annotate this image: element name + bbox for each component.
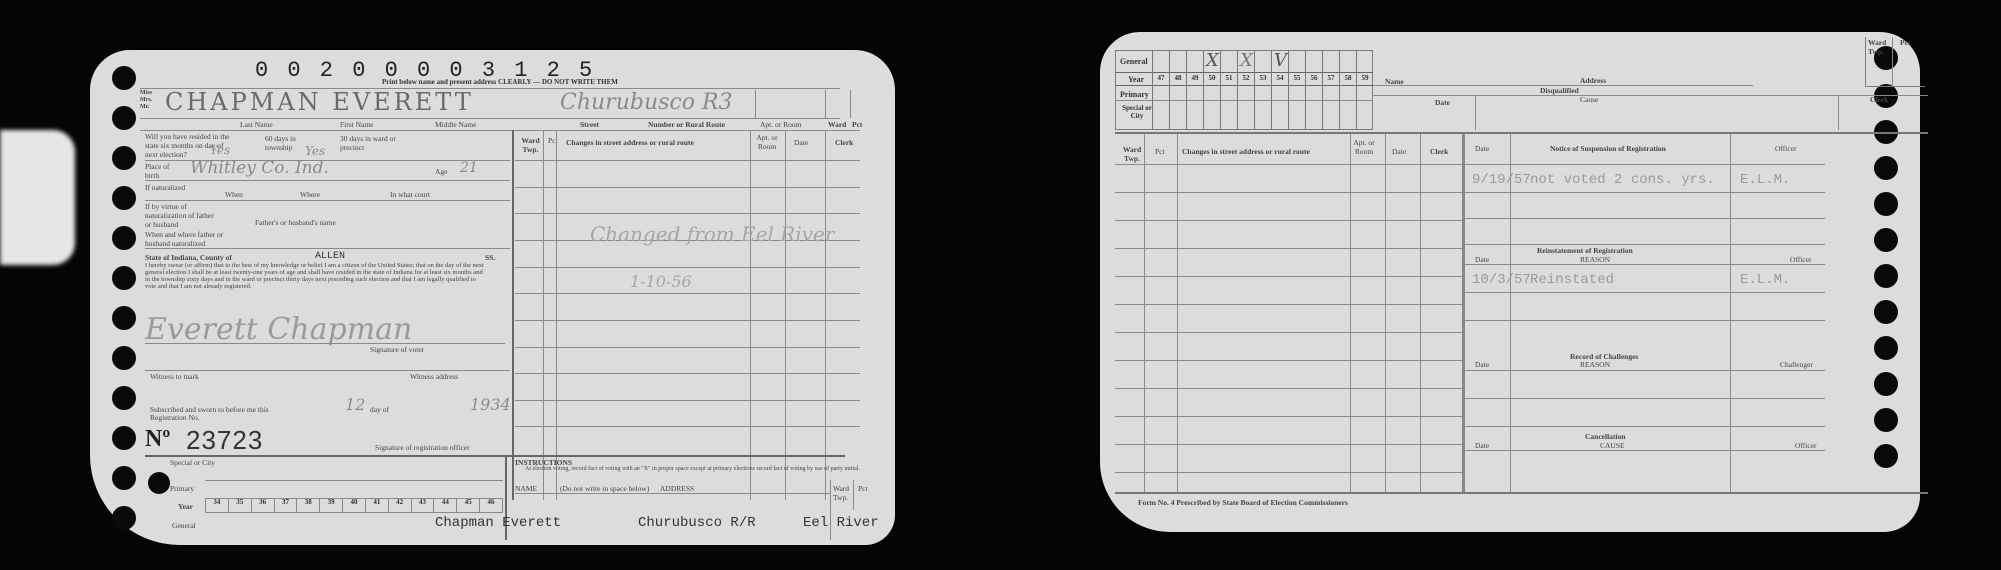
header-changes: Changes in street address or rural route (1182, 147, 1310, 156)
label-pct: Pct (852, 120, 862, 129)
cancellation-title: Cancellation (1585, 432, 1625, 441)
bottom-label-ward: Ward Twp. (833, 484, 851, 502)
voter-name-handwritten: CHAPMAN EVERETT (165, 88, 474, 116)
row-label-special: Special or City (170, 458, 200, 467)
cancellation-header-officer: Officer (1795, 441, 1817, 450)
registration-number: 23723 (186, 425, 263, 456)
scan-artifact (0, 130, 75, 265)
punch-hole (112, 266, 136, 290)
punch-hole (112, 226, 136, 250)
header-clerk: Clerk (1430, 147, 1448, 156)
typed-address: Churubusco R/R (638, 515, 756, 531)
header-pct: Pct (1155, 147, 1165, 156)
township-answer: Yes (305, 144, 325, 158)
punch-hole (1874, 192, 1898, 216)
registration-card-back: General Year Primary Special or City 47 … (1100, 32, 1920, 532)
row-label-general: General (1120, 57, 1148, 66)
bottom-label-name: NAME (515, 484, 537, 493)
disqualified-label: Disqualified (1540, 86, 1579, 95)
bottom-label-note: (Do not write in space below) (560, 484, 649, 493)
naturalized-label: If naturalized (145, 183, 185, 192)
header-ward-twp: Ward Twp. (518, 136, 543, 154)
subscribed-day: 12 (345, 395, 365, 414)
state-line: State of Indiana, County of (145, 253, 232, 262)
county-value: ALLEN (315, 251, 345, 262)
challenges-header-challenger: Challenger (1780, 360, 1813, 369)
cause-label: Cause (1580, 95, 1598, 104)
registration-label: Registration No. (150, 413, 200, 422)
clerk-label: Clerk (1870, 95, 1888, 104)
reinstatement-header-officer: Officer (1790, 255, 1812, 264)
cancellation-header-date: Date (1475, 441, 1489, 450)
subscribed-year: 1934 (470, 395, 511, 414)
voter-signature: Everett Chapman (145, 312, 412, 347)
punch-hole (112, 306, 136, 330)
punch-hole (1874, 336, 1898, 360)
cancellation-header-cause: CAUSE (1600, 441, 1625, 450)
suspension-header-title: Notice of Suspension of Registration (1550, 144, 1666, 153)
header-clerk: Clerk (835, 138, 853, 147)
label-street: Street (580, 120, 599, 129)
suspension-header-date: Date (1475, 144, 1489, 153)
row-label-year: Year (178, 502, 193, 511)
age-label: Age (435, 167, 448, 176)
bottom-label-pct: Pct (858, 484, 868, 493)
header-date: Date (794, 138, 808, 147)
virtue-label: If by virtue of naturalization of father… (145, 202, 215, 229)
punch-hole (112, 466, 136, 490)
label-apt: Apt. or Room (760, 120, 801, 129)
signature-label: Signature of voter (370, 345, 424, 354)
typed-ward: Eel River (803, 515, 879, 531)
challenges-header-date: Date (1475, 360, 1489, 369)
ward-days-label: 30 days in ward or precinct (340, 134, 410, 152)
punch-hole (148, 472, 170, 494)
header-ward-twp: Ward Twp. (1118, 145, 1146, 163)
reinstatement-title: Reinstatement of Registration (1537, 246, 1633, 255)
changes-entry: Changed from Eel River (590, 222, 834, 246)
vote-grid-back: 47 48 49 X50 51 X52 53 V54 55 56 57 58 5… (1152, 50, 1373, 130)
row-label-primary: Primary (1120, 90, 1149, 99)
punch-hole (1874, 408, 1898, 432)
suspension-officer: E.L.M. (1740, 172, 1790, 188)
where-label: Where (300, 190, 320, 199)
changes-entry-date: 1-10-56 (630, 272, 692, 291)
instructions-text: At election voting, record fact of votin… (525, 466, 865, 473)
row-label-special: Special or City (1122, 104, 1152, 120)
ss-label: SS. (485, 253, 495, 262)
punch-hole (112, 186, 136, 210)
punch-hole (1874, 372, 1898, 396)
punch-hole (1874, 264, 1898, 288)
punch-hole (112, 386, 136, 410)
ward-twp-label: Ward Twp. (1868, 38, 1888, 56)
header-instruction: Print below name and present address CLE… (380, 78, 620, 86)
typed-name: Chapman Everett (435, 515, 561, 531)
suspension-header-officer: Officer (1775, 144, 1797, 153)
pct-label: Pct (1900, 38, 1910, 47)
punch-hole (112, 146, 136, 170)
father-when-label: When and where father or husband natural… (145, 230, 235, 248)
registration-card-front: 0 0 2 0 0 0 0 3 1 2 5 Print below name a… (90, 50, 895, 545)
bottom-label-address: ADDRESS (660, 484, 694, 493)
witness-address-label: Witness address (410, 372, 458, 381)
reinstatement-officer: E.L.M. (1740, 272, 1790, 288)
punch-hole (1874, 156, 1898, 180)
oath-text: I hereby swear (or affirm) that to the b… (145, 262, 485, 290)
header-apt: Apt. or Room (1352, 138, 1376, 156)
punch-hole (112, 426, 136, 450)
when-label: When (225, 190, 243, 199)
punch-hole (1874, 228, 1898, 252)
form-footer: Form No. 4 Prescribed by State Board of … (1138, 498, 1348, 507)
birth-value: Whitley Co. Ind. (190, 158, 329, 178)
title-prefix: MissMrs.Mr. (140, 90, 152, 111)
suspension-text: not voted 2 cons. yrs. (1530, 172, 1715, 188)
row-label-primary: Primary (170, 484, 194, 493)
date-label: Date (1435, 98, 1450, 107)
row-label-year: Year (1128, 75, 1144, 84)
punch-hole (112, 506, 136, 530)
label-first-name: First Name (340, 120, 374, 129)
punch-hole (112, 106, 136, 130)
header-date: Date (1392, 147, 1406, 156)
label-number-route: Number or Rural Route (648, 120, 725, 129)
year-row-front: 34 35 36 37 38 39 40 41 42 43 44 45 46 (205, 498, 503, 512)
challenges-header-reason: REASON (1580, 360, 1610, 369)
day-of-label: day of (370, 405, 389, 414)
father-name-label: Father's or husband's name (255, 218, 336, 227)
reinstatement-header-reason: REASON (1580, 255, 1610, 264)
label-last-name: Last Name (240, 120, 273, 129)
reinstatement-header-date: Date (1475, 255, 1489, 264)
header-apt: Apt. or Room (755, 133, 779, 151)
punch-hole (112, 66, 136, 90)
header-changes: Changes in street address or rural route (566, 138, 694, 147)
suspension-date: 9/19/57 (1472, 172, 1531, 188)
punch-hole (1874, 300, 1898, 324)
number-prefix: Nº (145, 426, 170, 453)
reinstatement-date: 10/3/57 (1472, 272, 1531, 288)
witness-mark-label: Witness to mark (150, 372, 199, 381)
address-label: Address (1580, 76, 1606, 85)
reinstatement-text: Reinstated (1530, 272, 1614, 288)
punch-hole (1874, 444, 1898, 468)
street-handwritten: Churubusco R3 (560, 90, 733, 115)
punch-hole (112, 346, 136, 370)
officer-signature-label: Signature of registration officer (375, 443, 470, 452)
birth-label: Place of birth (145, 162, 180, 180)
row-label-general: General (172, 521, 196, 530)
label-middle-name: Middle Name (435, 120, 476, 129)
label-ward: Ward (828, 120, 846, 129)
age-value: 21 (460, 160, 478, 176)
residence-answer: Yes (210, 143, 230, 157)
court-label: In what court (390, 190, 430, 199)
